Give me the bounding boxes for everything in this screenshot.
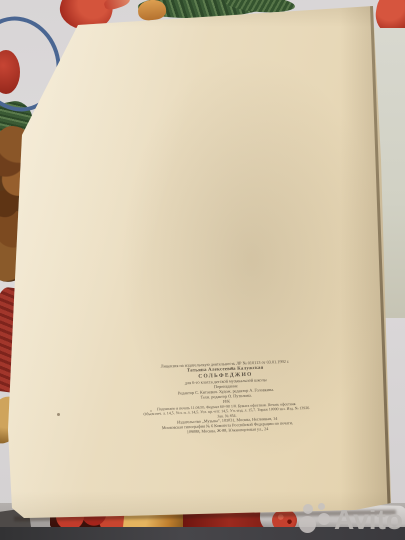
- book-back-page: Лицензия на издательскую деятельность ЛР…: [0, 0, 405, 540]
- avito-watermark-label: Avito: [334, 505, 403, 535]
- paper-lighting-shade: [0, 0, 405, 540]
- paper-speck: [57, 413, 60, 416]
- avito-logo-icon: [298, 503, 332, 535]
- colophon-text-block: Лицензия на издательскую деятельность ЛР…: [100, 356, 353, 438]
- avito-watermark: Avito: [298, 503, 403, 535]
- listing-photo: Лицензия на издательскую деятельность ЛР…: [0, 0, 405, 540]
